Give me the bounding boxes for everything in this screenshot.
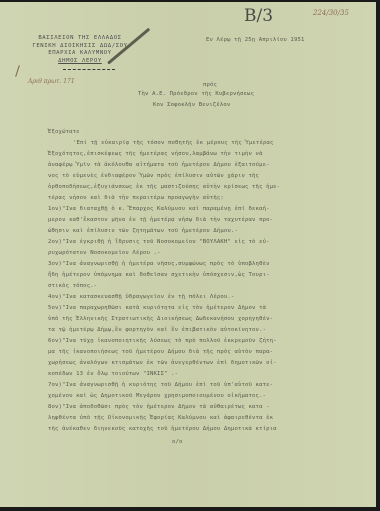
- continuation-mark: ο/ο: [172, 439, 183, 446]
- salutation: Ἐξοχώτατε: [48, 129, 80, 136]
- request-item-4: 4ον)"Ινα κατασκευασθῇ ὑδραγωγεῖον ἐν τῇ …: [48, 294, 234, 301]
- body-line: Ἐξοχότητος,ἐπισκέψεως τῆς ἡμετέρας νήσου…: [48, 151, 263, 158]
- body-line: μερον καθ'ἕκαστον μῆνα ἐν τῇ ἡμετέρᾳ νήσ…: [48, 217, 273, 224]
- pen-tick-mark: [15, 65, 20, 77]
- request-item-7: 7ον)"Ινα ἀναγνωρισθῇ ἡ κυριότης τοῦ Δήμο…: [48, 382, 273, 389]
- letterhead-line: ΒΑΣΙΛΕΙΟΝ ΤΗΣ ΕΛΛΑΔΟΣ: [20, 35, 140, 43]
- body-line: στικὸς τόπος.-: [48, 283, 97, 290]
- scanned-letter-page: B/3 224/30/35 ΒΑΣΙΛΕΙΟΝ ΤΗΣ ΕΛΛΑΔΟΣ ΓΕΝΙ…: [0, 2, 376, 507]
- handwritten-protocol-note: Αριθ πρωτ. 171: [28, 78, 75, 85]
- body-line: ὀρθοποδήσεως,ἐξυγιάνσεως ἐκ τῆς μαστιζού…: [48, 184, 280, 191]
- body-line: ἤδη ἡμέτερον ὑπόμνημα καὶ δοθεῖσαν σχετι…: [48, 272, 270, 279]
- body-line: κοπέδων 13 ἐν ὅλῳ τοιούτων "ΙΝΚΙΣ" .-: [48, 371, 178, 378]
- body-line: μα τῆς ἱκανοποιήσεως τοῦ ἡμετέρου Δήμου …: [48, 349, 273, 356]
- addressee-pros: πρός: [203, 82, 217, 89]
- body-line: τέρας νήσου καὶ διὰ τὴν περαιτέρω προαγω…: [48, 195, 224, 202]
- body-line: χομένου καὶ ὡς Δημοτικοῦ Μεγάρου χρησιμο…: [48, 393, 266, 400]
- addressee-line-2: Κον Σοφοκλῆν Βενιζέλον: [153, 102, 230, 109]
- request-item-6: 6ον)"Ινα τύχῃ ἱκανοποιητικῆς λύσεως τὸ π…: [48, 338, 277, 345]
- body-line: χωρήσεως ἀναλόγων κτισμάτων ἐκ τῶν ἀνεγε…: [48, 360, 277, 367]
- request-item-8: 8ον)"Ινα ἀποδοθῶσι πρὸς τὸν ἡμέτερον Δῆμ…: [48, 404, 270, 411]
- body-line: τα τῷ ἡμετέρῳ Δήμῳ,ἓν φορτηγὸν καὶ ἓν ἐπ…: [48, 327, 266, 334]
- body-line: νος τὸ εὐμενὲς ἐνδιαφέρον Ὑμῶν πρὸς ἐπίλ…: [48, 173, 259, 180]
- addressee-line-1: Τὴν Α.Ε. Πρόεδρον τῆς Κυβερνήσεως: [138, 91, 254, 98]
- body-line: ληφθέντα ὑπὸ τῆς Οἰκονομικῆς Ἐφορίας Καλ…: [48, 415, 273, 422]
- letterhead-line: ΔΗΜΟΣ ΛΕΡΟΥ: [20, 58, 140, 66]
- handwritten-stamp-mark: B/3: [244, 6, 273, 26]
- handwritten-reference-number: 224/30/35: [313, 9, 349, 17]
- body-line: ώθησιν καὶ ἐπίλυσιν τῶν ζητημάτων τοῦ ἡμ…: [48, 228, 238, 235]
- date-line: Εν Λέρῳ τῇ 25ῃ Απριλίου 1951: [206, 37, 305, 44]
- body-line: ὑπὸ τῆς Ἑλληνικῆς Στρατιωτικῆς Διοικήσεω…: [48, 316, 273, 323]
- request-item-1: 1ον)"Ινα διαταχθῇ ὁ κ. Ἔπαρχος Καλύμνου …: [48, 206, 270, 213]
- request-item-2: 2ον)"Ινα ἐγκριθῇ ἡ ἵδρυσις τοῦ Νοσοκομεί…: [48, 239, 270, 246]
- body-line: ρυχωρότατον Νοσοκομεῖον Λέρου .-: [48, 250, 161, 257]
- body-line: τῆς ἀνέκαθεν διηνεκοῦς κατοχῆς τοῦ ἡμετέ…: [48, 426, 277, 433]
- body-line: 'Επί τῇ εὐκαιρίᾳ τῆς τόσον ποθητῆς ἐκ μέ…: [73, 140, 274, 147]
- letterhead-underline: [63, 69, 115, 70]
- request-item-5: 5ον)"Ινα παραχωρηθῶσι κατὰ κυριότητα εἰς…: [48, 305, 266, 312]
- body-line: ἀναφέρῳ Ὑμῖν τὰ ἀκόλουθα αἰτήματα τοῦ ἡμ…: [48, 162, 270, 169]
- request-item-3: 3ον)"Ινα ἀναγνωρισθῇ ἡ ἡμετέρα νῆσος,συμ…: [48, 261, 270, 268]
